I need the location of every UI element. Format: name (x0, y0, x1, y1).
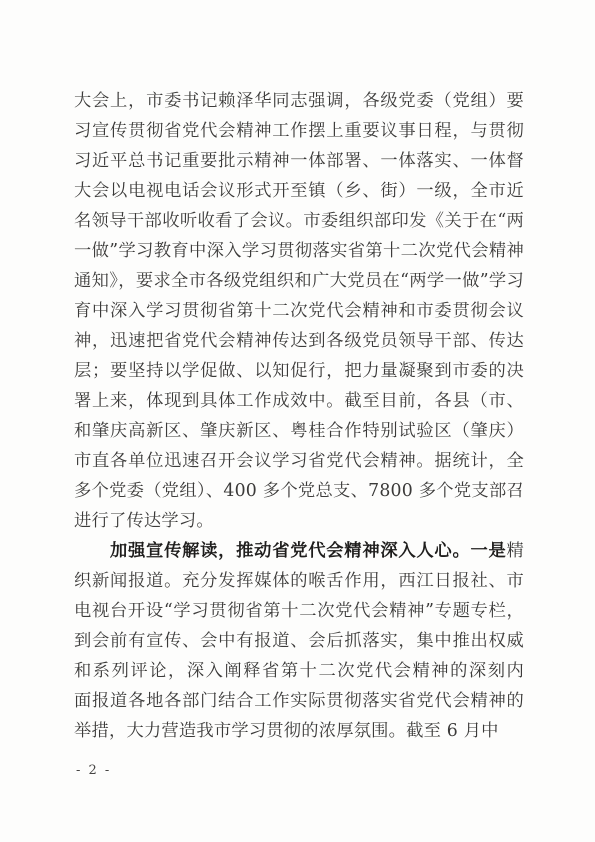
text-line: 织新闻报道。充分发挥媒体的喉舌作用，西江日报社、市广播 (74, 566, 524, 596)
text-line: 育中深入学习贯彻省第十二次党代会精神和市委贯彻会议精 (74, 296, 524, 326)
page-number: - 2 - (76, 762, 111, 780)
text-line: 习近平总书记重要批示精神一体部署、一体落实、一体督办。 (74, 146, 524, 176)
text-line: 和肇庆高新区、肇庆新区、粤桂合作特别试验区（肇庆）以及 (74, 416, 524, 446)
text-line: 到会前有宣传、会中有报道、会后抓落实，集中推出权威访谈 (74, 626, 524, 656)
text-line: 署上来，体现到具体工作成效中。截至目前，各县（市、区） (74, 386, 524, 416)
text-line: 市直各单位迅速召开会议学习省党代会精神。据统计，全市 400 (74, 446, 524, 476)
text-line: 神，迅速把省党代会精神传达到各级党员领导干部、传达到基 (74, 326, 524, 356)
text-line-paragraph-end: 举措，大力营造我市学习贯彻的浓厚氛围。截至 6 月中旬，在 (74, 716, 524, 746)
document-text-block: 大会上，市委书记赖泽华同志强调，各级党委（党组）要把学 习宣传贯彻省党代会精神工… (74, 86, 524, 746)
text-line: 多个党委（党组）、400 多个党总支、7800 多个党支部召开会议 (74, 476, 524, 506)
text-line: 电视台开设“学习贯彻省第十二次党代会精神”专题专栏，做 (74, 596, 524, 626)
text-line: 名领导干部收听收看了会议。市委组织部印发《关于在“两学 (74, 206, 524, 236)
text-line: 大会以电视电话会议形式开至镇（乡、街）一级，全市近 4500 (74, 176, 524, 206)
text-line: 大会上，市委书记赖泽华同志强调，各级党委（党组）要把学 (74, 86, 524, 116)
document-page: 大会上，市委书记赖泽华同志强调，各级党委（党组）要把学 习宣传贯彻省党代会精神工… (0, 0, 595, 842)
text-line-paragraph-start: 加强宣传解读，推动省党代会精神深入人心。一是精心组 (74, 536, 524, 566)
text-line: 通知》，要求全市各级党组织和广大党员在“两学一做”学习教 (74, 266, 524, 296)
text-line: 层；要坚持以学促做、以知促行，把力量凝聚到市委的决策部 (74, 356, 524, 386)
text-line: 和系列评论，深入阐释省第十二次党代会精神的深刻内涵，全 (74, 656, 524, 686)
text-line: 面报道各地各部门结合工作实际贯彻落实省党代会精神的行动 (74, 686, 524, 716)
text-line-paragraph-end: 进行了传达学习。 (74, 506, 524, 536)
text-line: 习宣传贯彻省党代会精神工作摆上重要议事日程，与贯彻落实 (74, 116, 524, 146)
emphasis-bold-text: 加强宣传解读，推动省党代会精神深入人心。一是 (110, 541, 507, 561)
text-line: 一做”学习教育中深入学习贯彻落实省第十二次党代会精神的 (74, 236, 524, 266)
